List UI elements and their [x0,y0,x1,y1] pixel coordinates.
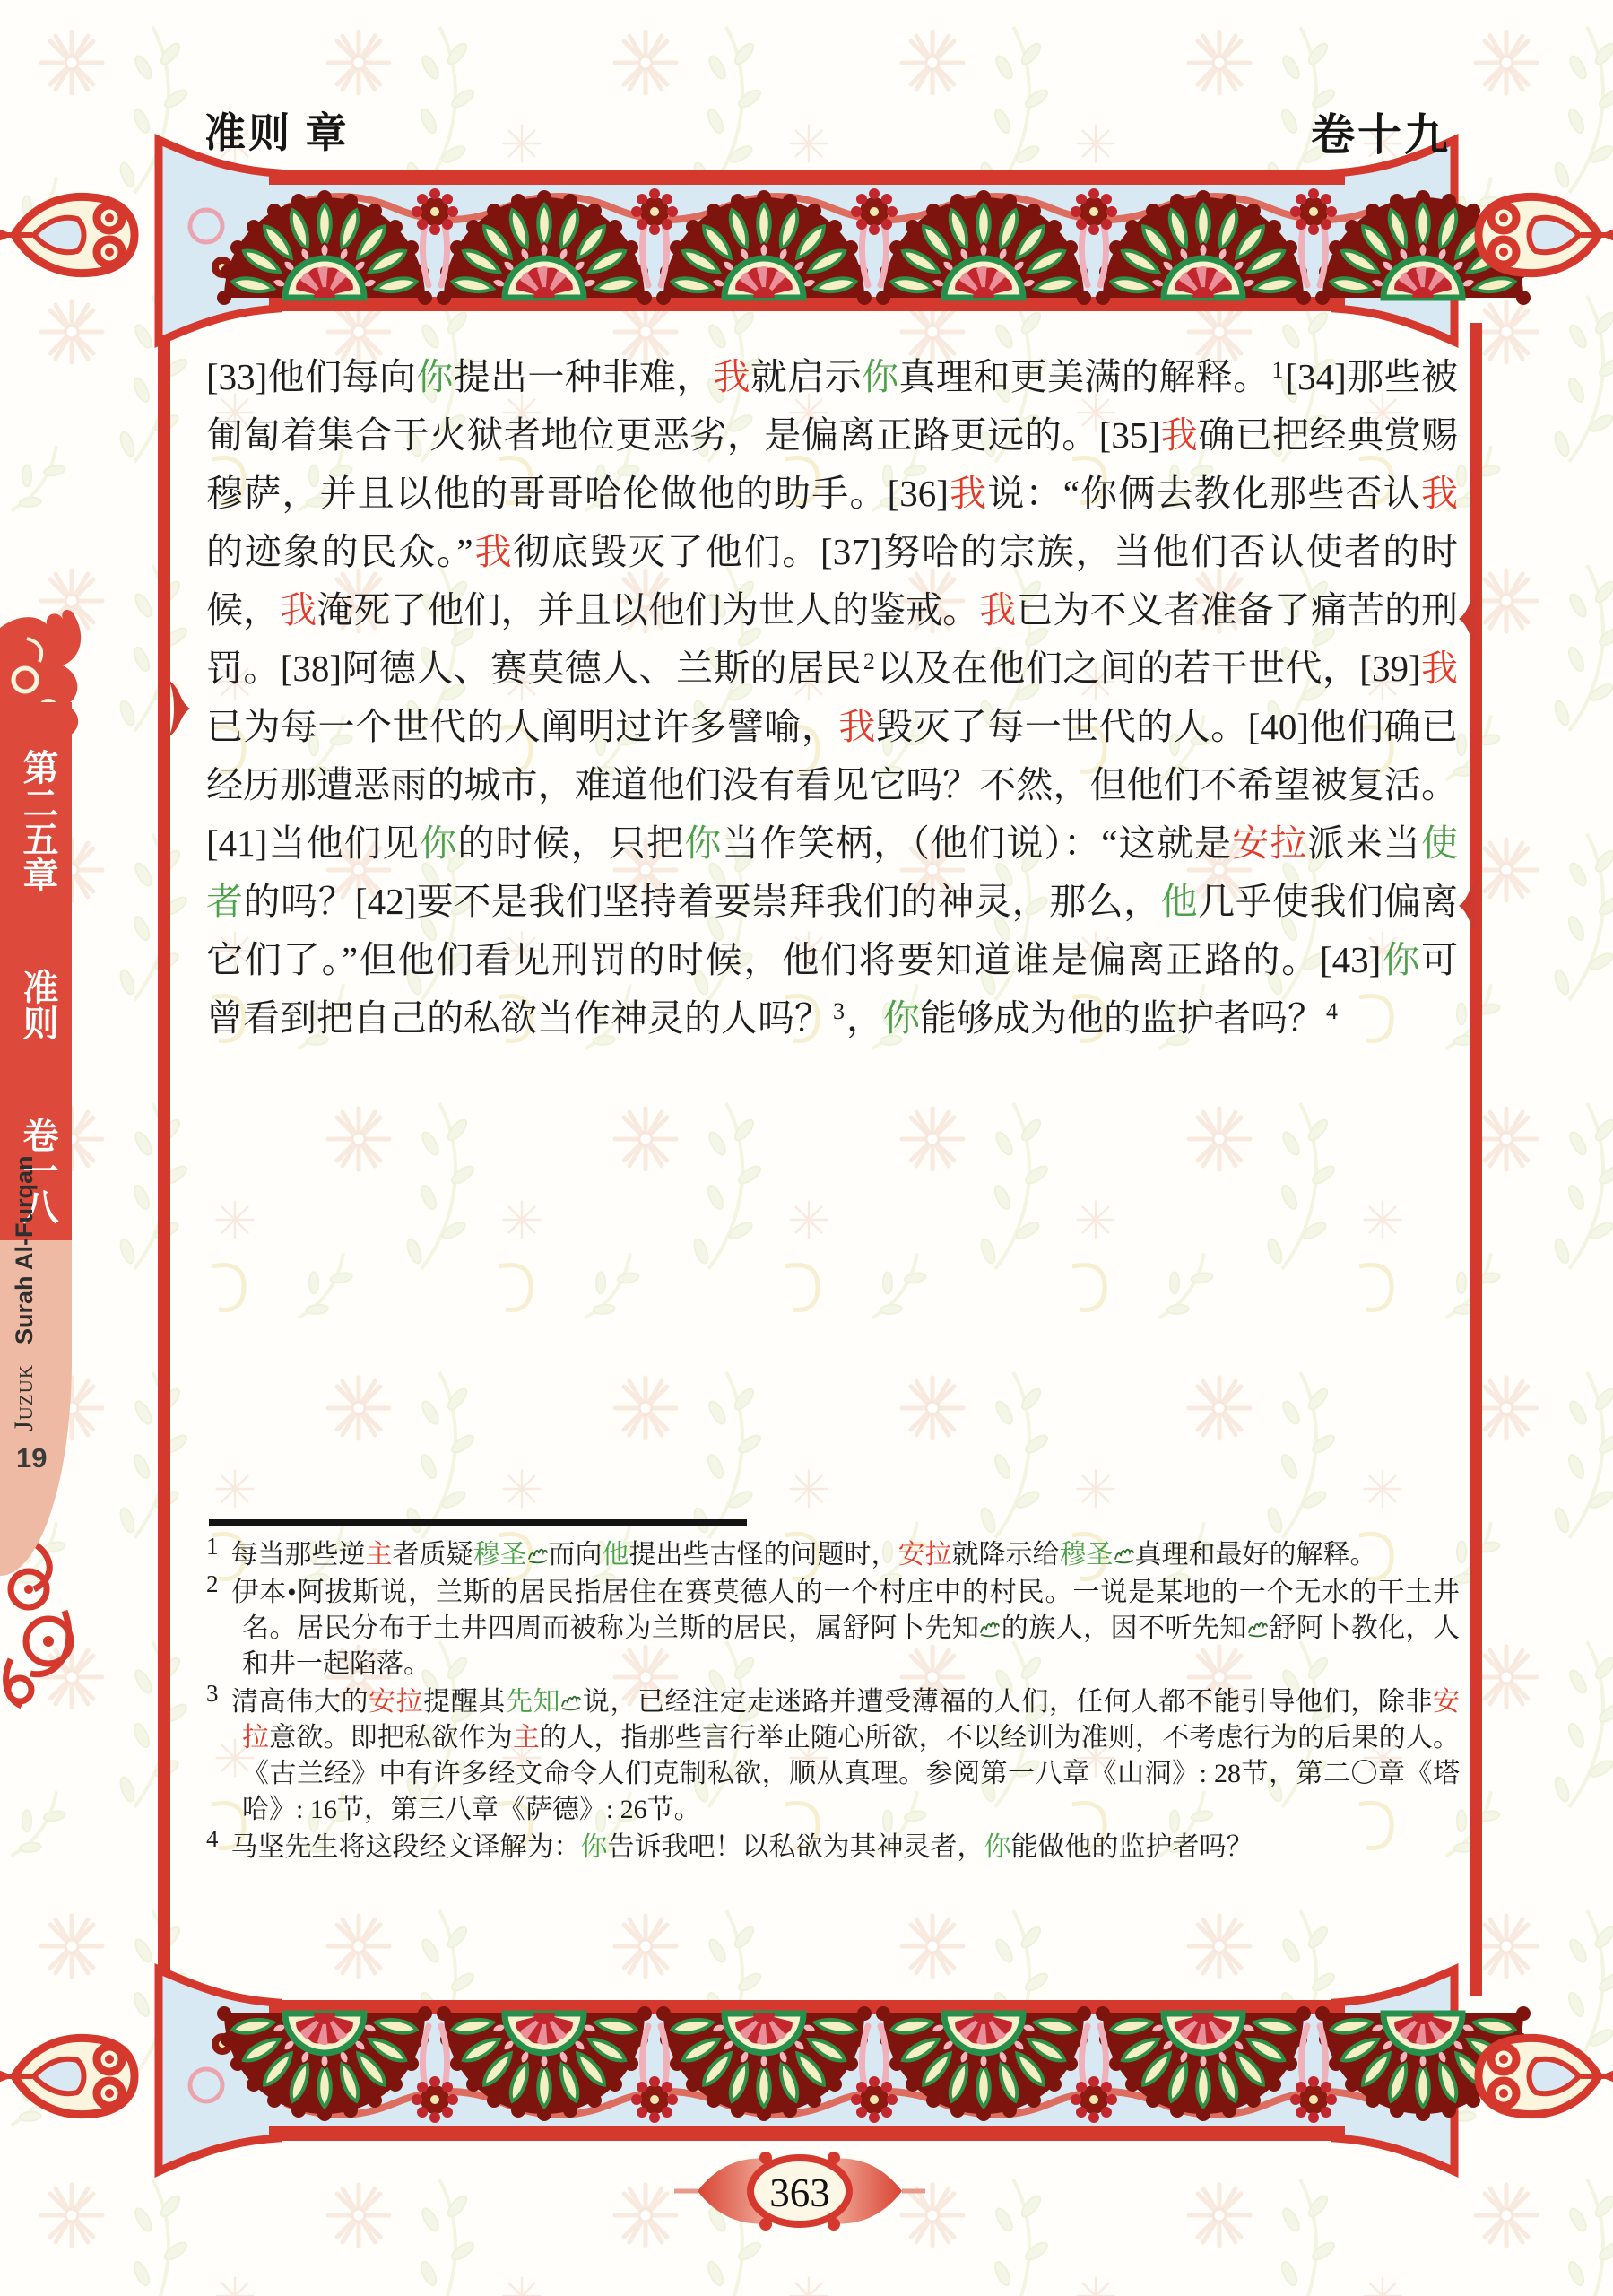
text-segment [1114,1540,1135,1570]
text-segment [979,1613,1001,1643]
text-segment: 确已把经典赏赐 [1198,414,1458,456]
page-number: 363 [746,2170,854,2216]
text-segment: 安拉 [1232,822,1307,864]
text-segment: 1 [1270,357,1286,383]
text-segment: 我 [714,356,750,397]
text-segment: 彻底毁灭了他们。[37]努哈的宗族，当他们否认使者的时 [513,531,1458,572]
text-segment: 你 [984,1832,1011,1862]
text-segment: 真理和更美满的解释。 [899,356,1270,397]
text-segment: 我 [1421,648,1458,689]
text-segment: 3 [831,998,846,1024]
text-segment: 2 [862,648,877,674]
text-segment: 几乎使我们偏离 [1198,881,1458,922]
body-text-line: 的迹象的民众。”我彻底毁灭了他们。[37]努哈的宗族，当他们否认使者的时 [206,523,1458,581]
footnotes: 1每当那些逆主者质疑穆圣而向他提出些古怪的问题时，安拉就降示给穆圣真理和最好的解… [206,1537,1460,1867]
header-chapter-title: 准则 章 [204,100,350,160]
text-segment: 淹死了他们，并且以他们为世人的鉴戒。 [317,589,979,631]
text-segment: 罚。[38]阿德人、赛莫德人、兰斯的居民 [206,648,862,689]
text-segment [560,1687,582,1717]
footnote-number: 3 [206,1680,231,1707]
text-segment: 提出些古怪的问题时， [629,1540,898,1570]
background-floral-pattern [0,0,1613,2296]
text-segment: 我 [280,589,317,631]
text-segment: 就启示 [750,356,862,397]
text-segment: 马坚先生将这段经文译解为： [231,1832,581,1862]
body-text-line: 候，我淹死了他们，并且以他们为世人的鉴戒。我已为不义者准备了痛苦的刑 [206,581,1458,639]
text-segment: 候， [206,589,280,631]
body-text-line: 它们了。”但他们看见刑罚的时候，他们将要知道谁是偏离正路的。[43]你可 [206,931,1458,989]
top-border-ornament [0,140,1613,342]
text-segment: 你 [420,822,457,864]
book-page: 准则 章 卷十九 第二五章 准则 卷一八 Juzuk Surah Al-Furq… [0,0,1613,2296]
footnote: 1每当那些逆主者质疑穆圣而向他提出些古怪的问题时，安拉就降示给穆圣真理和最好的解… [206,1537,1460,1573]
body-text-line: 已为每一个世代的人阐明过许多譬喻，我毁灭了每一世代的人。[40]他们确已 [206,698,1458,756]
bottom-border-ornament [0,1970,1613,2171]
left-border-bracket-icon [169,680,190,737]
text-segment: 提醒其 [423,1687,506,1717]
text-segment: 派来当 [1308,822,1422,864]
right-border-rule [1470,323,1482,1996]
text-segment: [41]当他们见 [206,822,420,864]
text-segment: 你 [581,1832,608,1862]
text-segment: 他 [1161,881,1199,922]
text-segment: 当作笑柄，（他们说）：“这就是 [722,822,1232,864]
text-segment: 能做他的监护者吗？ [1011,1832,1253,1862]
text-segment: 你 [862,356,898,397]
text-segment: 你 [883,997,920,1039]
body-text-line: 罚。[38]阿德人、赛莫德人、兰斯的居民2以及在他们之间的若干世代，[39]我 [206,639,1458,698]
footnote-number: 1 [206,1533,231,1560]
page-frame-ornaments [0,0,1613,2296]
text-segment: 先知 [506,1687,560,1717]
text-segment: [34]那些被 [1286,356,1459,397]
sidebar-chapter-number: 第二五章 [18,749,58,892]
text-segment: 已为每一个世代的人阐明过许多譬喻， [206,706,838,747]
text-segment: 穆圣 [1060,1540,1114,1570]
text-segment: 穆萨，并且以他的哥哥哈伦做他的助手。[36] [206,473,949,514]
text-segment: 能够成为他的监护者吗？ [920,997,1324,1039]
text-segment: 提出一种非难， [454,356,714,397]
text-segment: 以及在他们之间的若干世代，[39] [877,648,1421,689]
text-segment: 安拉 [369,1687,423,1717]
text-segment: 的族人，因不听先知 [1001,1613,1247,1643]
text-segment: 意欲。即把私欲作为 [269,1723,513,1752]
text-segment: 而向 [549,1540,603,1570]
text-segment: 者 [206,881,244,922]
text-segment: 我 [949,473,987,514]
text-segment: 的吗？[42]要不是我们坚持着要崇拜我们的神灵，那么， [244,881,1161,922]
footnote: 4马坚先生将这段经文译解为：你告诉我吧！以私欲为其神灵者，你能做他的监护者吗？ [206,1830,1460,1865]
text-segment: 告诉我吧！以私欲为其神灵者， [608,1832,984,1862]
body-text: [33]他们每向你提出一种非难，我就启示你真理和更美满的解释。1[34]那些被匍… [206,348,1458,1048]
text-segment: 的迹象的民众。” [206,531,473,572]
text-segment: 我 [1160,414,1198,456]
text-segment: 说：“你俩去教化那些否认 [987,473,1421,514]
text-segment: 每当那些逆 [231,1540,366,1570]
text-segment: 你 [416,356,453,397]
text-segment [1247,1613,1269,1643]
text-segment: 真理和最好的解释。 [1135,1540,1377,1570]
text-segment: 就降示给 [952,1540,1060,1570]
text-segment: 者质疑 [393,1540,473,1570]
text-segment: [33]他们每向 [206,356,416,397]
text-segment: 我 [838,706,876,747]
sidebar-juz-number: 19 [16,1442,47,1474]
footnote-number: 4 [206,1825,231,1852]
text-segment: 我 [979,589,1016,631]
text-segment: 匍匐着集合于火狱者地位更恶劣，是偏离正路更远的。[35] [206,414,1160,456]
text-segment: 清高伟大的 [231,1687,369,1717]
footnote: 3清高伟大的安拉提醒其先知说，已经注定走迷路并遭受薄福的人们，任何人都不能引导他… [206,1684,1460,1828]
footnote-separator [209,1519,747,1526]
text-segment [527,1540,549,1570]
left-border-rule [158,323,170,1996]
text-segment: 穆圣 [473,1540,527,1570]
text-segment: 曾看到把自己的私欲当作神灵的人吗？ [206,997,831,1039]
sidebar-juzuk-label: Juzuk [9,1364,39,1431]
right-border-bracket-icon [1459,590,1480,648]
body-text-line: [33]他们每向你提出一种非难，我就启示你真理和更美满的解释。1[34]那些被 [206,348,1458,406]
body-text-line: 者的吗？[42]要不是我们坚持着要崇拜我们的神灵，那么，他几乎使我们偏离 [206,873,1458,931]
text-segment: 主 [366,1540,393,1570]
text-segment: 使 [1421,822,1458,864]
body-text-line: 匍匐着集合于火狱者地位更恶劣，是偏离正路更远的。[35]我确已把经典赏赐 [206,406,1458,465]
text-segment: 我 [1421,473,1458,514]
footnote: 2伊本•阿拔斯说，兰斯的居民指居住在赛莫德人的一个村庄中的村民。一说是某地的一个… [206,1575,1460,1683]
body-text-line: 穆萨，并且以他的哥哥哈伦做他的助手。[36]我说：“你俩去教化那些否认我 [206,465,1458,523]
text-segment: 主 [513,1723,540,1752]
text-segment: 毁灭了每一世代的人。[40]他们确已 [876,706,1458,747]
text-segment: 它们了。”但他们看见刑罚的时候，他们将要知道谁是偏离正路的。[43] [206,939,1381,980]
body-text-line: [41]当他们见你的时候，只把你当作笑柄，（他们说）：“这就是安拉派来当使 [206,814,1458,873]
right-border-bracket-icon [1459,877,1480,935]
text-segment: 你 [1381,939,1421,980]
footnote-number: 2 [206,1570,231,1597]
text-segment: 你 [684,822,722,864]
text-segment: 说，已经注定走迷路并遭受薄福的人们，任何人都不能引导他们，除非 [582,1687,1433,1717]
body-text-line: 曾看到把自己的私欲当作神灵的人吗？3，你能够成为他的监护者吗？4 [206,989,1458,1048]
text-segment: 已为不义者准备了痛苦的刑 [1016,589,1458,631]
text-segment: 可 [1421,939,1458,980]
sidebar-surah-rotated-text: Juzuk Surah Al-Furqan [9,1135,50,1431]
header-volume-title: 卷十九 [1311,100,1451,163]
body-text-line: 经历那遭恶雨的城市，难道他们没有看见它吗？不然，但他们不希望被复活。 [206,756,1458,814]
text-segment: ， [846,997,883,1039]
text-segment: 的时候，只把 [457,822,684,864]
text-segment: 我 [473,531,514,572]
text-segment: 4 [1324,998,1340,1024]
text-segment: 经历那遭恶雨的城市，难道他们没有看见它吗？不然，但他们不希望被复活。 [206,764,1458,805]
sidebar-chapter-name: 准则 [18,969,58,1040]
sidebar-surah-label: Surah Al-Furqan [11,1155,38,1344]
text-segment: 安拉 [898,1540,952,1570]
text-segment: 他 [603,1540,629,1570]
